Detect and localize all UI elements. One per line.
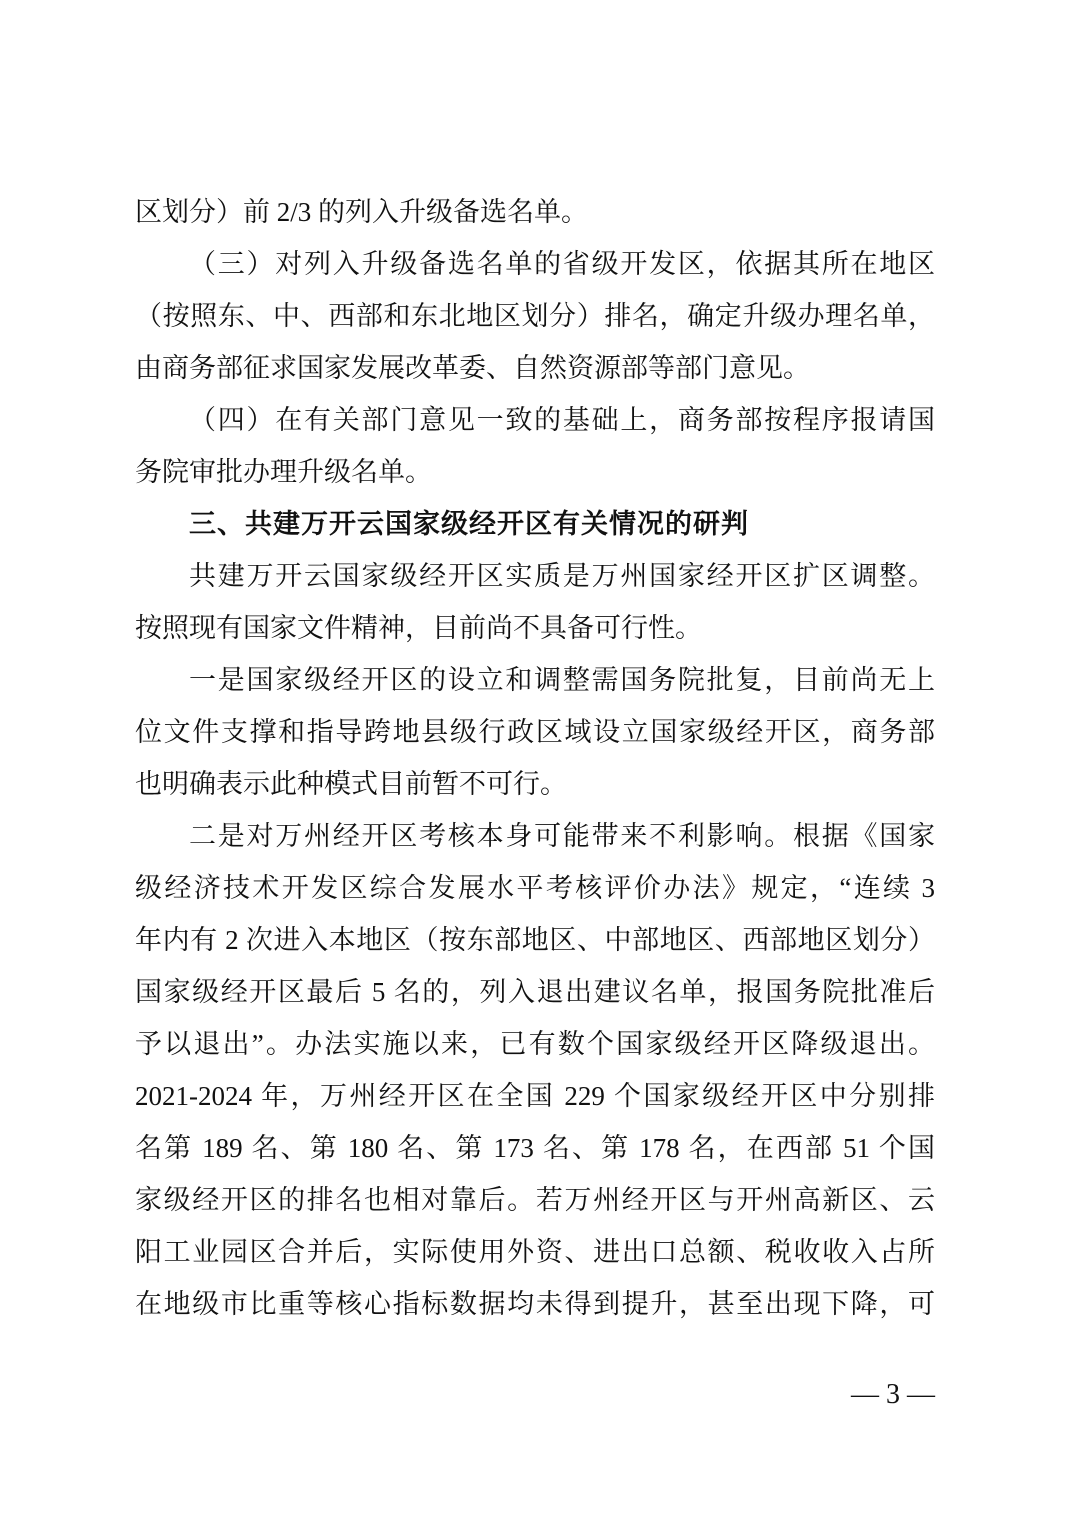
text-line: 家级经开区的排名也相对靠后。若万州经开区与开州高新区、云 xyxy=(135,1174,935,1226)
text-line: 级经济技术开发区综合发展水平考核评价办法》规定，“连续 3 xyxy=(135,862,935,914)
text-line: 区划分）前 2/3 的列入升级备选名单。 xyxy=(135,186,935,238)
text-line: （按照东、中、西部和东北地区划分）排名，确定升级办理名单， xyxy=(135,290,935,342)
document-body: 区划分）前 2/3 的列入升级备选名单。 （三）对列入升级备选名单的省级开发区，… xyxy=(135,186,935,1330)
text-line: 年内有 2 次进入本地区（按东部地区、中部地区、西部地区划分） xyxy=(135,914,935,966)
text-line: 也明确表示此种模式目前暂不可行。 xyxy=(135,758,935,810)
text-line: 共建万开云国家级经开区实质是万州国家经开区扩区调整。 xyxy=(135,550,935,602)
text-line: 名第 189 名、第 180 名、第 173 名、第 178 名，在西部 51 … xyxy=(135,1122,935,1174)
text-line: 在地级市比重等核心指标数据均未得到提升，甚至出现下降，可 xyxy=(135,1278,935,1330)
text-line: 由商务部征求国家发展改革委、自然资源部等部门意见。 xyxy=(135,342,935,394)
text-line: 阳工业园区合并后，实际使用外资、进出口总额、税收收入占所 xyxy=(135,1226,935,1278)
document-page: 区划分）前 2/3 的列入升级备选名单。 （三）对列入升级备选名单的省级开发区，… xyxy=(0,0,1074,1520)
text-line: 予以退出”。办法实施以来，已有数个国家级经开区降级退出。 xyxy=(135,1018,935,1070)
text-line: 位文件支撑和指导跨地县级行政区域设立国家级经开区，商务部 xyxy=(135,706,935,758)
page-number: — 3 — xyxy=(851,1375,935,1415)
text-line: （三）对列入升级备选名单的省级开发区，依据其所在地区 xyxy=(135,238,935,290)
text-line: 务院审批办理升级名单。 xyxy=(135,446,935,498)
text-line: 国家级经开区最后 5 名的，列入退出建议名单，报国务院批准后 xyxy=(135,966,935,1018)
text-line: 2021-2024 年，万州经开区在全国 229 个国家级经开区中分别排 xyxy=(135,1070,935,1122)
section-heading-3: 三、共建万开云国家级经开区有关情况的研判 xyxy=(135,498,935,550)
text-line: 按照现有国家文件精神，目前尚不具备可行性。 xyxy=(135,602,935,654)
text-line: （四）在有关部门意见一致的基础上，商务部按程序报请国 xyxy=(135,394,935,446)
text-line: 二是对万州经开区考核本身可能带来不利影响。根据《国家 xyxy=(135,810,935,862)
text-line: 一是国家级经开区的设立和调整需国务院批复，目前尚无上 xyxy=(135,654,935,706)
